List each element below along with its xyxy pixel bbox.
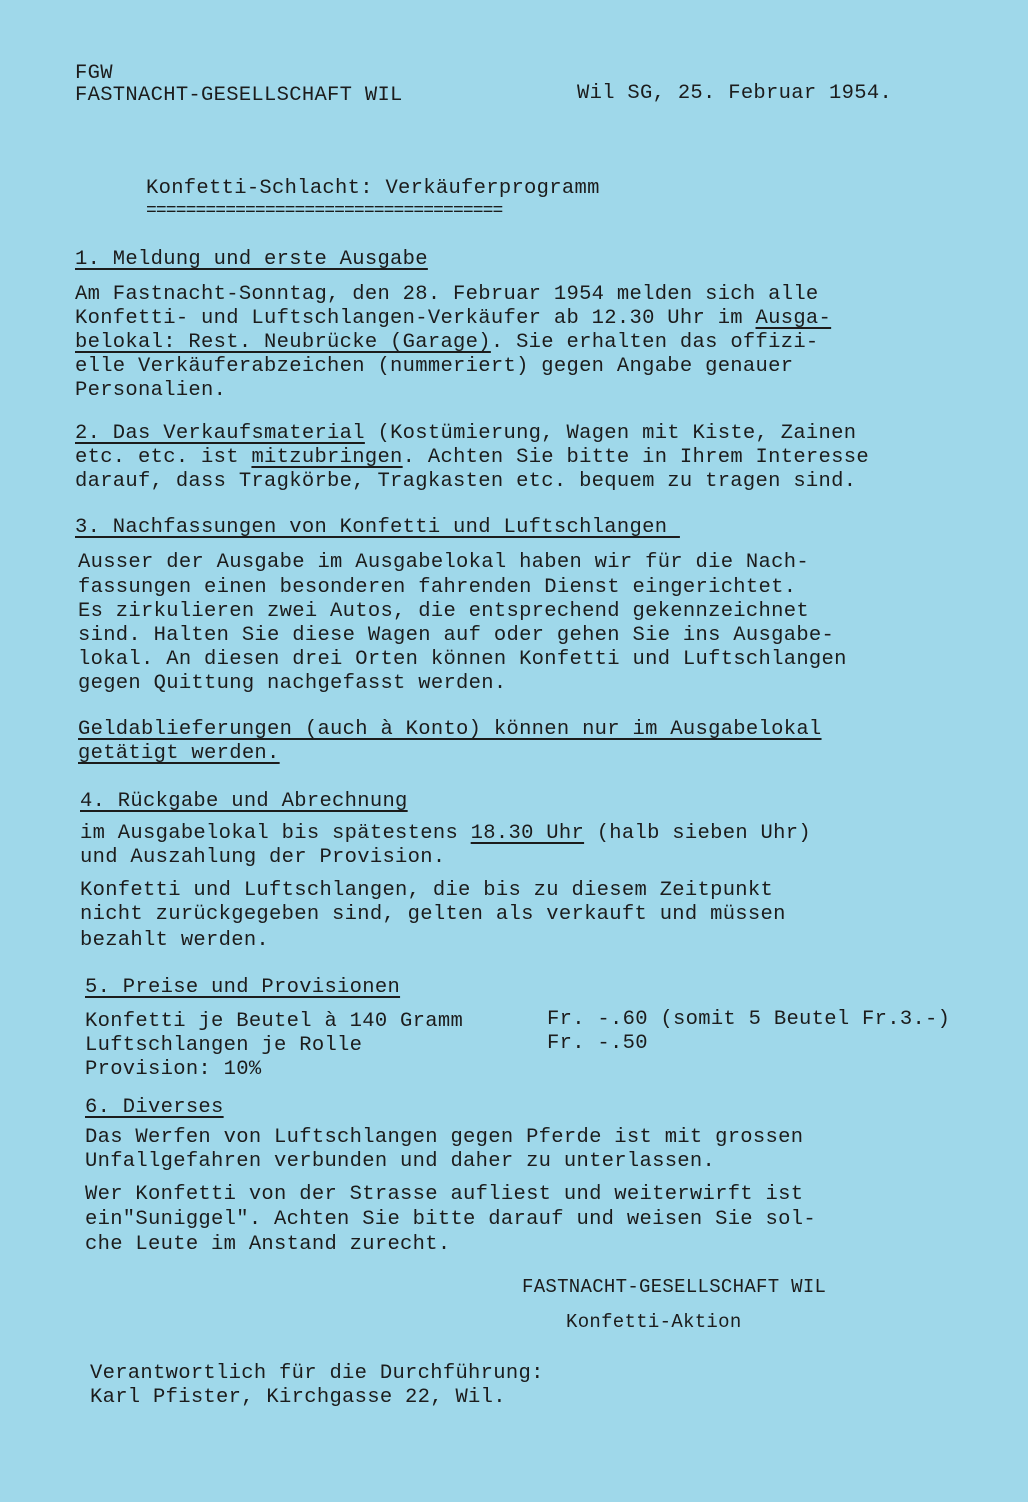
price-row-item: Luftschlangen je Rolle (85, 1034, 362, 1057)
text: (halb sieben Uhr) (584, 822, 811, 845)
section-2-heading-line: 2. Das Verkaufsmaterial (Kostümierung, W… (75, 422, 856, 445)
section-1-line: Personalien. (75, 379, 226, 402)
section-3-heading: 3. Nachfassungen von Konfetti und Luftsc… (75, 516, 680, 539)
text: etc. etc. ist (75, 446, 251, 469)
text: (Kostümierung, Wagen mit Kiste, Zainen (365, 422, 856, 445)
section-1-heading: 1. Meldung und erste Ausgabe (75, 248, 428, 271)
section-6-heading: 6. Diverses (85, 1096, 224, 1119)
document-title: Konfetti-Schlacht: Verkäuferprogramm (146, 177, 600, 200)
price-row-price: Fr. -.60 (somit 5 Beutel Fr.3.-) (547, 1008, 950, 1031)
section-6-line: Wer Konfetti von der Strasse aufliest un… (85, 1183, 803, 1206)
payment-note: getätigt werden. (78, 742, 280, 765)
section-4-line: und Auszahlung der Provision. (80, 846, 445, 869)
section-3-line: sind. Halten Sie diese Wagen auf oder ge… (78, 624, 834, 647)
section-3-line: Es zirkulieren zwei Autos, die entsprech… (78, 600, 809, 623)
section-6-line: che Leute im Anstand zurecht. (85, 1233, 450, 1256)
payment-note: Geldablieferungen (auch à Konto) können … (78, 718, 822, 741)
section-2-heading: 2. Das Verkaufsmaterial (75, 422, 365, 445)
text: Konfetti- und Luftschlangen-Verkäufer ab… (75, 307, 756, 330)
section-1-line: belokal: Rest. Neubrücke (Garage). Sie e… (75, 331, 819, 354)
text: . Sie erhalten das offizi- (491, 331, 819, 354)
signature-unit: Konfetti-Aktion (566, 1311, 742, 1333)
section-3-line: gegen Quittung nachgefasst werden. (78, 672, 506, 695)
underlined-text: mitzubringen (251, 446, 402, 469)
section-1-line: elle Verkäuferabzeichen (nummeriert) geg… (75, 355, 793, 378)
text: . Achten Sie bitte in Ihrem Interesse (403, 446, 869, 469)
title-rule: ==================================== (146, 201, 502, 221)
section-1-line: Am Fastnacht-Sonntag, den 28. Februar 19… (75, 283, 819, 306)
section-4-line: Konfetti und Luftschlangen, die bis zu d… (80, 879, 773, 902)
section-2-line: etc. etc. ist mitzubringen. Achten Sie b… (75, 446, 869, 469)
section-3-line: fassungen einen besonderen fahrenden Die… (78, 576, 796, 599)
section-5-heading: 5. Preise und Provisionen (85, 976, 400, 999)
document-page: FGW FASTNACHT-GESELLSCHAFT WIL Wil SG, 2… (0, 0, 1028, 1502)
underlined-text: belokal: Rest. Neubrücke (Garage) (75, 331, 491, 354)
org-abbrev: FGW (75, 62, 113, 85)
section-6-line: Das Werfen von Luftschlangen gegen Pferd… (85, 1126, 803, 1149)
section-6-line: Unfallgefahren verbunden und daher zu un… (85, 1150, 715, 1173)
org-name: FASTNACHT-GESELLSCHAFT WIL (75, 84, 403, 107)
section-3-line: Ausser der Ausgabe im Ausgabelokal haben… (78, 551, 809, 574)
provision-rate: Provision: 10% (85, 1058, 261, 1081)
section-4-line: bezahlt werden. (80, 929, 269, 952)
place-date: Wil SG, 25. Februar 1954. (577, 82, 892, 105)
section-4-heading: 4. Rückgabe und Abrechnung (80, 790, 408, 813)
section-3-line: lokal. An diesen drei Orten können Konfe… (78, 648, 847, 671)
signature-org: FASTNACHT-GESELLSCHAFT WIL (522, 1276, 826, 1298)
price-row-price: Fr. -.50 (547, 1032, 648, 1055)
section-1-line: Konfetti- und Luftschlangen-Verkäufer ab… (75, 307, 831, 330)
section-6-line: ein"Suniggel". Achten Sie bitte darauf u… (85, 1208, 816, 1231)
section-2-line: darauf, dass Tragkörbe, Tragkasten etc. … (75, 470, 856, 493)
text: im Ausgabelokal bis spätestens (80, 822, 471, 845)
deadline-time: 18.30 Uhr (471, 822, 584, 845)
underlined-text: Ausga- (756, 307, 832, 330)
responsible-person: Karl Pfister, Kirchgasse 22, Wil. (90, 1386, 506, 1409)
section-4-line: im Ausgabelokal bis spätestens 18.30 Uhr… (80, 822, 811, 845)
responsible-label: Verantwortlich für die Durchführung: (90, 1362, 544, 1385)
price-row-item: Konfetti je Beutel à 140 Gramm (85, 1010, 463, 1033)
section-4-line: nicht zurückgegeben sind, gelten als ver… (80, 903, 786, 926)
